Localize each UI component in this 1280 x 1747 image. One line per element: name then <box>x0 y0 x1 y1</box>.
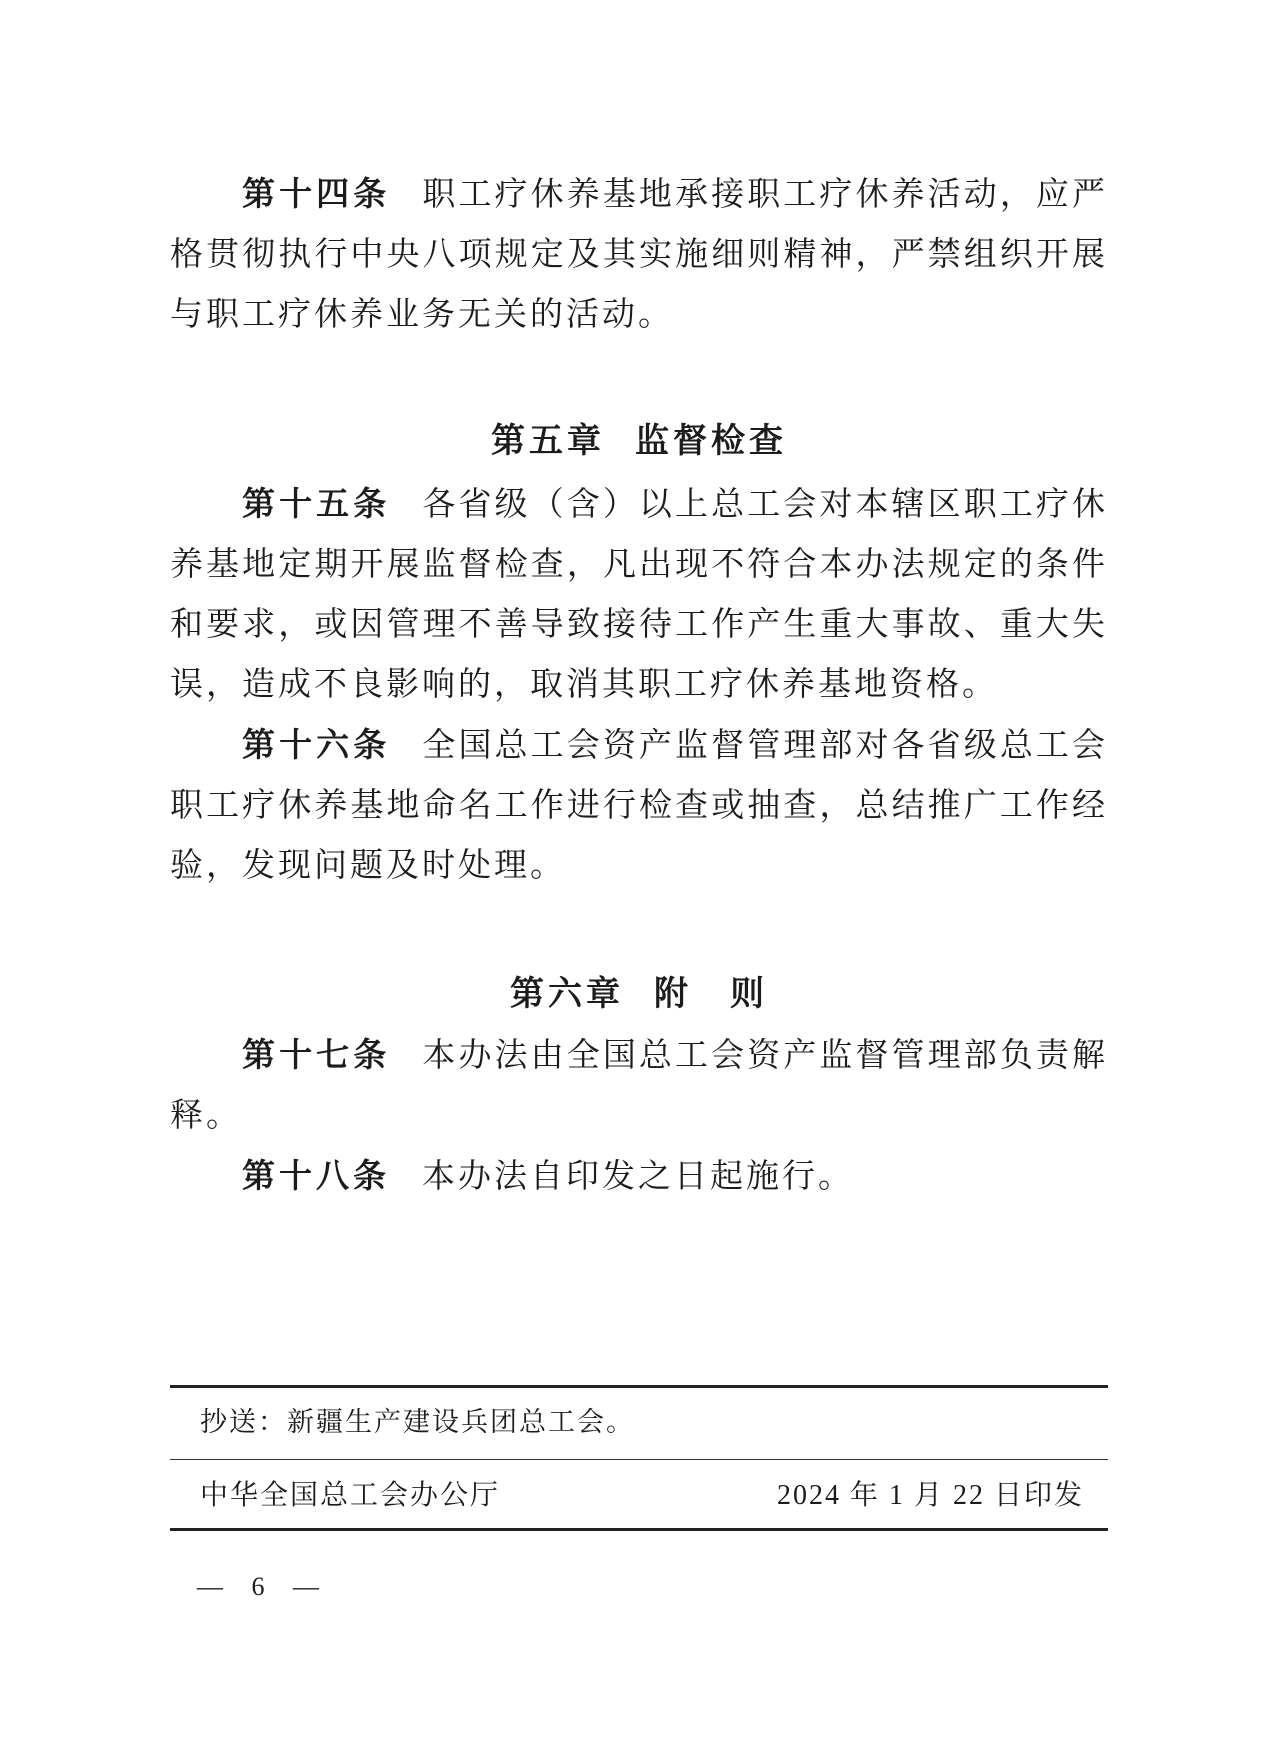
cc-row: 抄送：新疆生产建设兵团总工会。 <box>170 1385 1108 1459</box>
page-number: — 6 — <box>196 1572 326 1602</box>
article-15-term: 第十五条 <box>242 485 390 522</box>
article-18-paragraph: 第十八条本办法自印发之日起施行。 <box>170 1146 1108 1207</box>
article-18-term: 第十八条 <box>242 1157 390 1194</box>
issuer-row: 中华全国总工会办公厅 2024 年 1 月 22 日印发 <box>170 1459 1108 1531</box>
article-17-term: 第十七条 <box>242 1036 390 1073</box>
article-15-paragraph: 第十五条各省级（含）以上总工会对本辖区职工疗休养基地定期开展监督检查，凡出现不符… <box>170 474 1108 715</box>
article-14-term: 第十四条 <box>242 175 390 212</box>
issue-date: 2024 年 1 月 22 日印发 <box>777 1480 1084 1512</box>
document-footer: 抄送：新疆生产建设兵团总工会。 中华全国总工会办公厅 2024 年 1 月 22… <box>170 1385 1108 1531</box>
article-14-paragraph: 第十四条职工疗休养基地承接职工疗休养活动，应严格贯彻执行中央八项规定及其实施细则… <box>170 164 1108 345</box>
chapter-5-title: 监督检查 <box>635 422 787 460</box>
article-17-paragraph: 第十七条本办法由全国总工会资产监督管理部负责解释。 <box>170 1025 1108 1146</box>
document-page: 第十四条职工疗休养基地承接职工疗休养活动，应严格贯彻执行中央八项规定及其实施细则… <box>0 0 1280 1747</box>
chapter-6-heading: 第六章附 则 <box>170 964 1108 1024</box>
chapter-6-label: 第六章 <box>510 975 624 1013</box>
article-16-paragraph: 第十六条全国总工会资产监督管理部对各省级总工会职工疗休养基地命名工作进行检查或抽… <box>170 715 1108 896</box>
cc-text: 抄送：新疆生产建设兵团总工会。 <box>200 1407 635 1437</box>
chapter-5-label: 第五章 <box>491 422 605 460</box>
article-16-term: 第十六条 <box>242 726 390 763</box>
chapter-6-title: 附 则 <box>654 975 768 1013</box>
document-content-column: 第十四条职工疗休养基地承接职工疗休养活动，应严格贯彻执行中央八项规定及其实施细则… <box>170 0 1108 1531</box>
article-18-body: 本办法自印发之日起施行。 <box>422 1159 854 1195</box>
issuer-name: 中华全国总工会办公厅 <box>200 1480 500 1512</box>
chapter-5-heading: 第五章监督检查 <box>170 411 1108 471</box>
